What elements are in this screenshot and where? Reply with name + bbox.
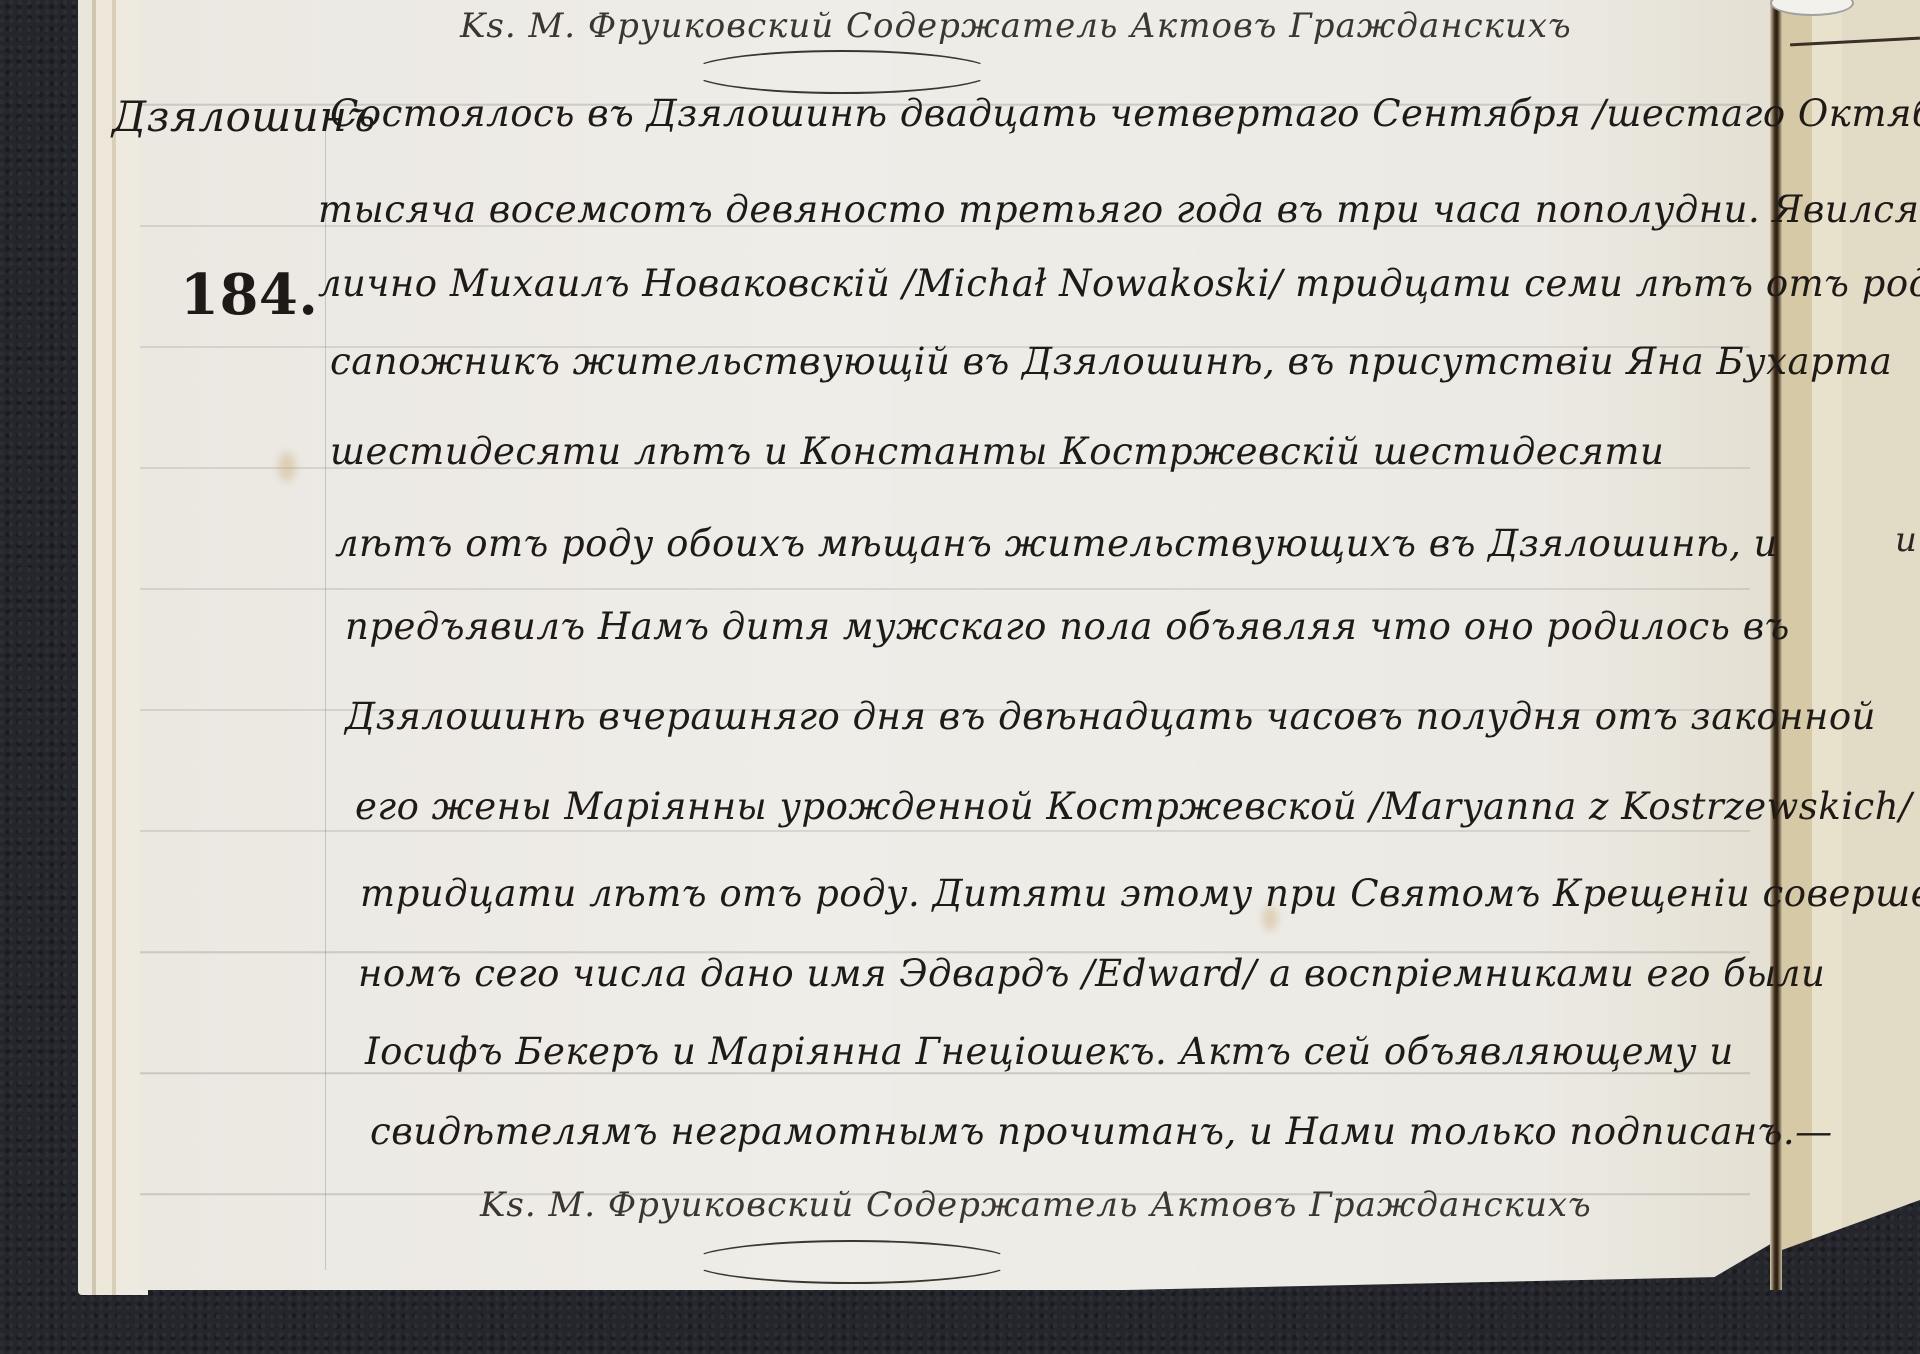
signature-top: Ks. M. Фруиковский Содержатель Актовъ Гр…	[460, 6, 1572, 46]
record-line-5: шестидесяти лѣтъ и Константы Костржевскі…	[330, 430, 1664, 473]
facing-page-mark: и	[1895, 520, 1917, 560]
record-line-3: лично Михаилъ Новаковскій /Michał Nowako…	[318, 262, 1920, 305]
record-line-6: лѣтъ отъ роду обоихъ мѣщанъ жительствующ…	[335, 522, 1778, 565]
record-line-10: тридцати лѣтъ отъ роду. Дитяти этому при…	[360, 872, 1920, 915]
record-line-1: Состоялось въ Дзялошинѣ двадцать четверт…	[330, 92, 1920, 135]
record-line-8: Дзялошинѣ вчерашняго дня въ двѣнадцать ч…	[345, 695, 1876, 738]
record-line-9: его жены Маріянны урожденной Костржевско…	[355, 785, 1912, 828]
paper-stain	[278, 452, 296, 482]
signature-flourish	[690, 50, 994, 94]
record-line-2: тысяча восемсотъ девяносто третьяго года…	[318, 188, 1920, 231]
record-line-13: свидѣтелямъ неграмотнымъ прочитанъ, и На…	[370, 1110, 1833, 1153]
page-stack-edges	[78, 0, 148, 1295]
record-line-12: Іосифъ Бекеръ и Маріянна Гнеціошекъ. Акт…	[365, 1030, 1734, 1073]
signature-flourish	[690, 1240, 1014, 1284]
record-line-4: сапожникъ жительствующій въ Дзялошинѣ, в…	[330, 340, 1892, 383]
entry-number: 184.	[180, 262, 318, 328]
record-line-11: номъ сего числа дано имя Эдвардъ /Edward…	[358, 952, 1825, 995]
record-line-7: предъявилъ Намъ дитя мужскаго пола объяв…	[345, 605, 1790, 648]
signature-bottom: Ks. M. Фруиковский Содержатель Актовъ Гр…	[480, 1185, 1592, 1225]
